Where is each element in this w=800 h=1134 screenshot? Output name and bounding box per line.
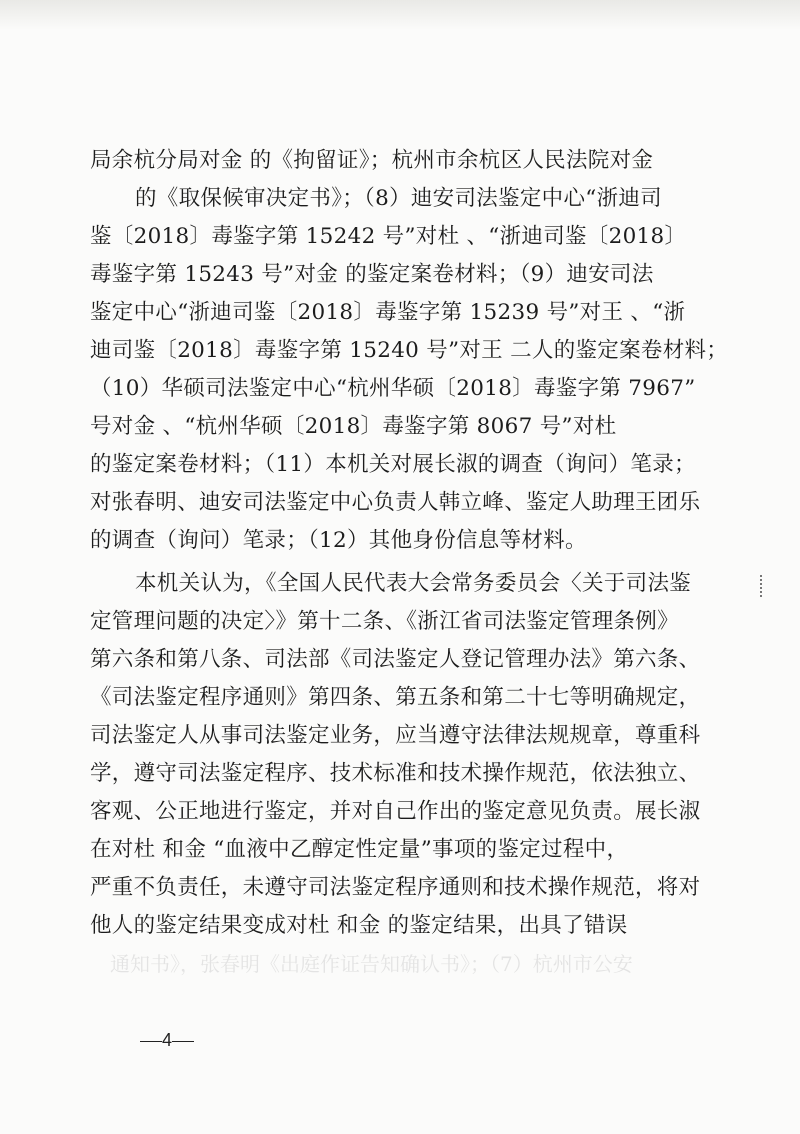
binding-margin-mark <box>760 575 765 597</box>
bleed-through-text: 通知书》，张春明《出庭作证告知确认书》；（7）杭州市公安 <box>110 948 633 977</box>
text-line-1: 局余杭分局对金 的《拘留证》；杭州市余杭区人民法院对金 <box>90 142 718 180</box>
text-line-21: 他人的鉴定结果变成对杜 和金 的鉴定结果，出具了错误 <box>90 907 718 945</box>
text-line-6: 迪司鉴〔2018〕毒鉴字第 15240 号”对王 二人的鉴定案卷材料； <box>90 332 718 370</box>
text-line-12: 本机关认为，《全国人民代表大会常务委员会〈关于司法鉴 <box>135 565 763 603</box>
page-number-dash-left <box>140 1041 162 1042</box>
text-line-3: 鉴〔2018〕毒鉴字第 15242 号”对杜 、“浙迪司鉴〔2018〕 <box>90 218 718 256</box>
text-line-5: 鉴定中心“浙迪司鉴〔2018〕毒鉴字第 15239 号”对王 、“浙 <box>90 294 718 332</box>
text-line-9: 的鉴定案卷材料；（11）本机关对展长淑的调查（询问）笔录； <box>90 446 718 484</box>
page-number-dash-right <box>172 1041 194 1042</box>
text-line-19: 在对杜 和金 “血液中乙醇定性定量”事项的鉴定过程中， <box>90 831 718 869</box>
text-line-17: 学，遵守司法鉴定程序、技术标准和技术操作规范，依法独立、 <box>90 755 718 793</box>
page-number: 4 <box>140 1030 194 1051</box>
text-line-14: 第六条和第八条、司法部《司法鉴定人登记管理办法》第六条、 <box>90 641 718 679</box>
document-page: 通知书》，张春明《出庭作证告知确认书》；（7）杭州市公安 局余杭分局对金 的《拘… <box>0 0 800 1134</box>
text-line-8: 号对金 、“杭州华硕〔2018〕毒鉴字第 8067 号”对杜 <box>90 408 718 446</box>
text-line-16: 司法鉴定人从事司法鉴定业务，应当遵守法律法规规章，尊重科 <box>90 717 718 755</box>
text-line-18: 客观、公正地进行鉴定，并对自己作出的鉴定意见负责。展长淑 <box>90 793 718 831</box>
text-line-2: 的《取保候审决定书》；（8）迪安司法鉴定中心“浙迪司 <box>135 180 763 218</box>
text-line-15: 《司法鉴定程序通则》第四条、第五条和第二十七等明确规定， <box>90 679 718 717</box>
text-line-13: 定管理问题的决定〉》第十二条、《浙江省司法鉴定管理条例》 <box>90 603 718 641</box>
text-line-4: 毒鉴字第 15243 号”对金 的鉴定案卷材料；（9）迪安司法 <box>90 256 718 294</box>
text-line-11: 的调查（询问）笔录；（12）其他身份信息等材料。 <box>90 522 718 560</box>
text-line-10: 对张春明、迪安司法鉴定中心负责人韩立峰、鉴定人助理王团乐 <box>90 484 718 522</box>
text-line-20: 严重不负责任，未遵守司法鉴定程序通则和技术操作规范，将对 <box>90 869 718 907</box>
text-line-7: （10）华硕司法鉴定中心“杭州华硕〔2018〕毒鉴字第 7967” <box>90 370 718 408</box>
page-number-value: 4 <box>162 1030 172 1050</box>
